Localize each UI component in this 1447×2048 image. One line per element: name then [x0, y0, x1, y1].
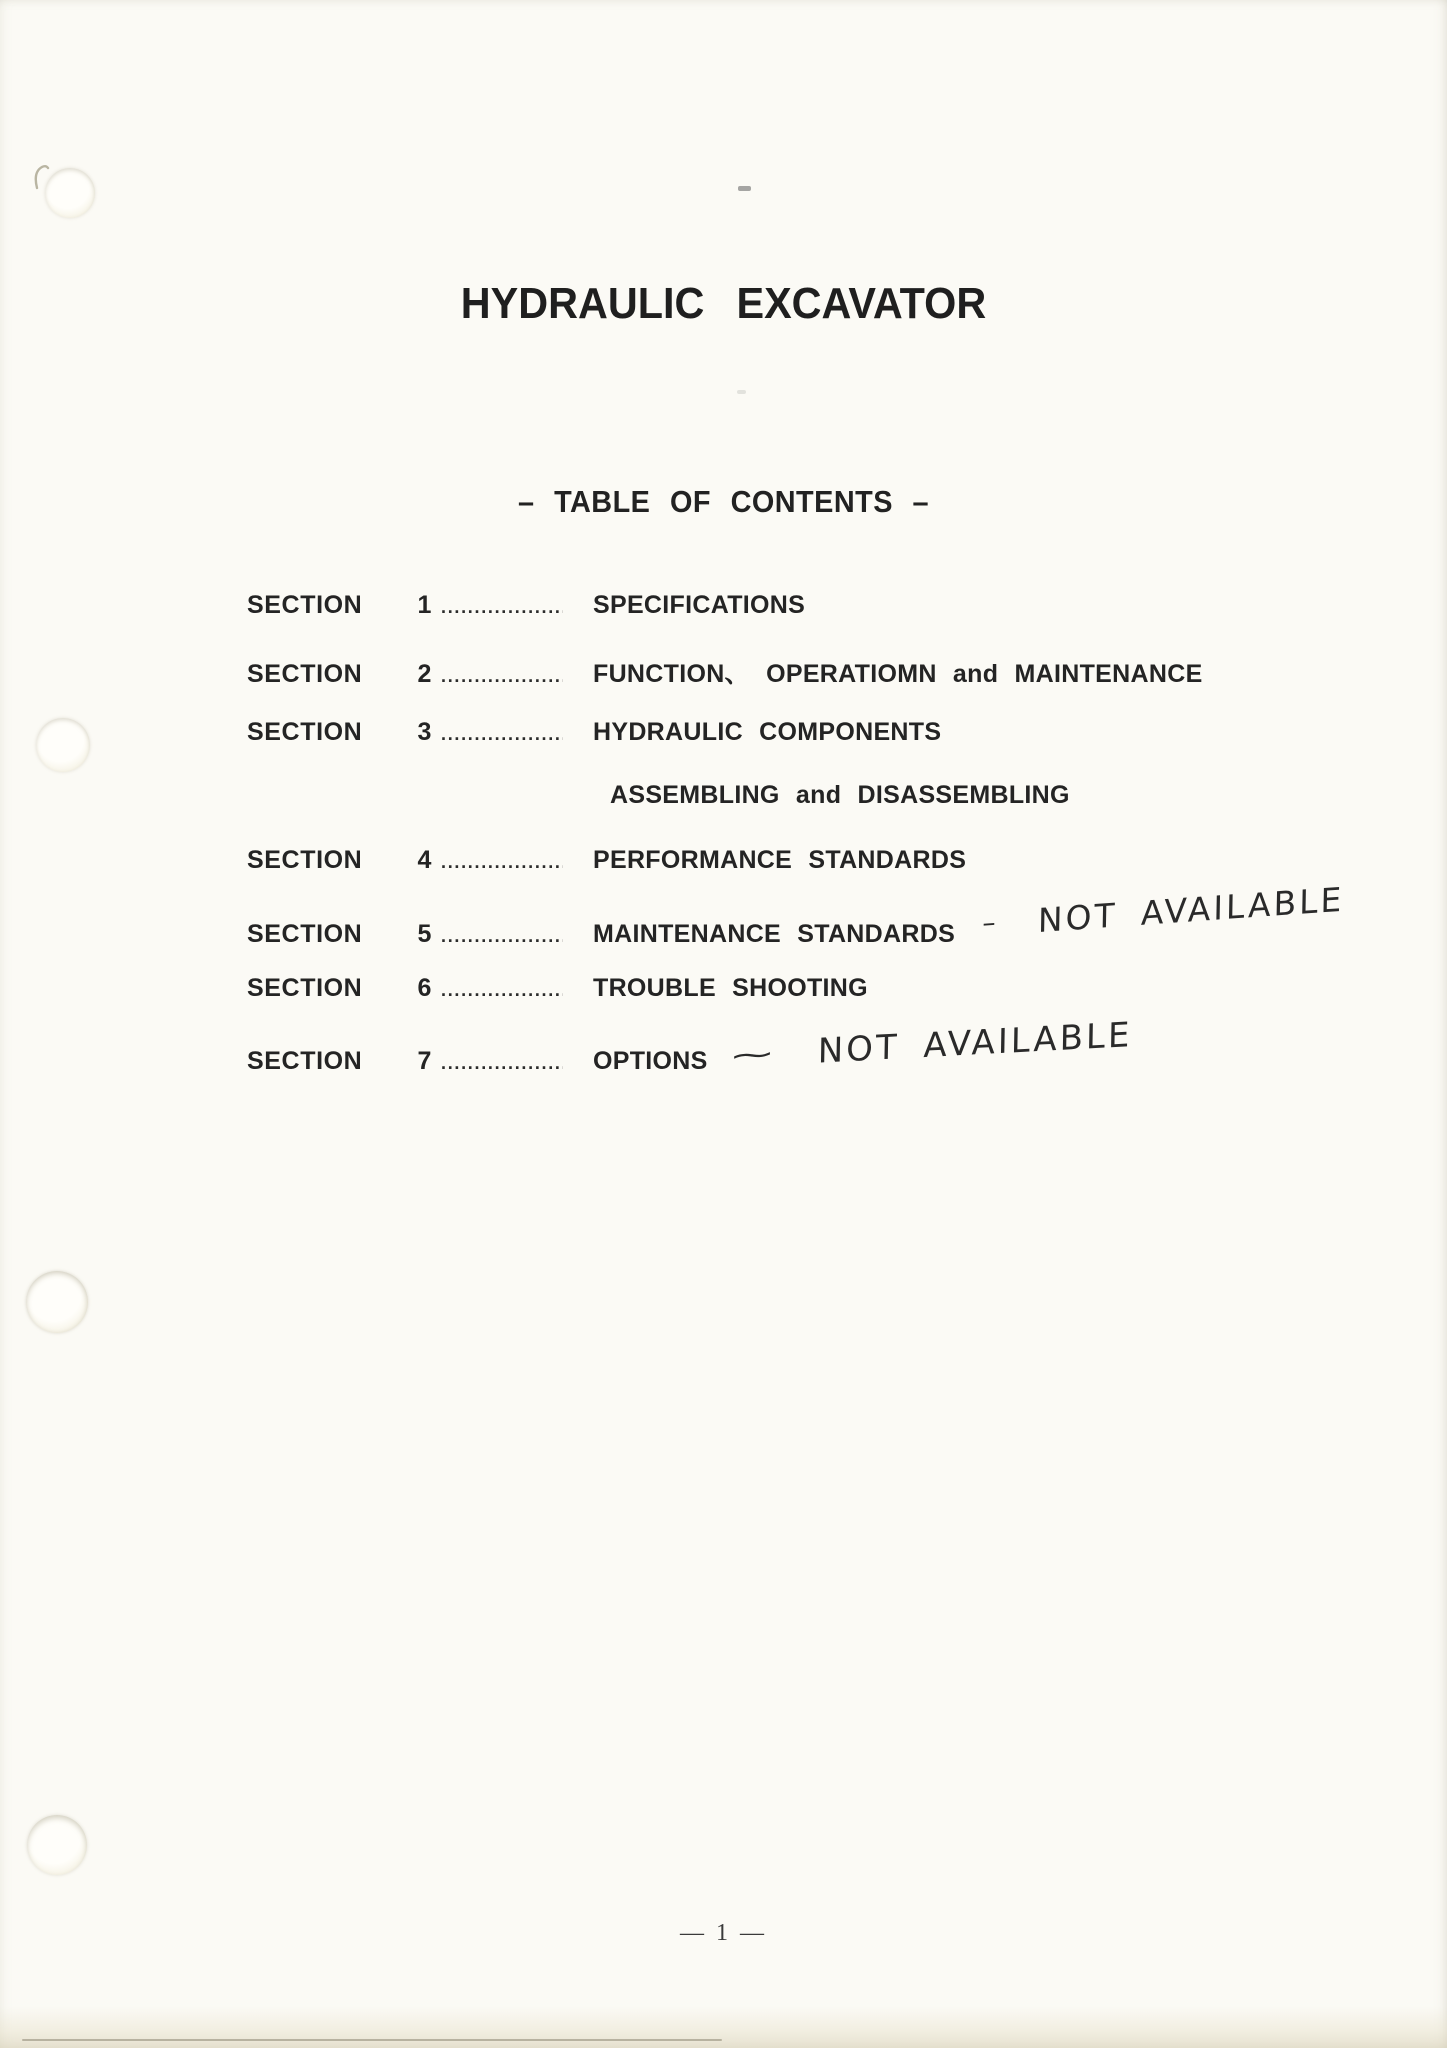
- section-word: SECTION: [247, 1047, 362, 1076]
- toc-row-section-1: SECTION 1 .......................... SPE…: [247, 591, 805, 620]
- section-word: SECTION: [247, 718, 362, 747]
- dotted-leader: ..........................: [441, 597, 563, 618]
- handwritten-annotation: – NOT AVAILABLE: [982, 880, 1345, 944]
- section-title: FUNCTION、 OPERATIOMN and MAINTENANCE: [593, 660, 1203, 688]
- scanned-document-page: HYDRAULIC EXCAVATOR – TABLE OF CONTENTS …: [0, 0, 1447, 2048]
- section-label: SECTION 2: [247, 660, 432, 689]
- dotted-leader: ..........................: [441, 852, 563, 873]
- section-number: 1: [417, 591, 432, 620]
- section-number: 2: [417, 660, 432, 689]
- section-number: 5: [417, 920, 432, 949]
- scan-bottom-edge: [0, 2006, 1447, 2048]
- punch-hole-lower-middle: [26, 1271, 88, 1333]
- dotted-leader: ..........................: [441, 926, 563, 947]
- section-title: MAINTENANCE STANDARDS: [593, 920, 955, 948]
- section-title-group: PERFORMANCE STANDARDS: [593, 846, 966, 875]
- punch-hole-upper-middle: [36, 718, 90, 772]
- section-title: HYDRAULIC COMPONENTS: [593, 718, 941, 746]
- section-word: SECTION: [247, 591, 362, 620]
- section-word: SECTION: [247, 660, 362, 689]
- section-word: SECTION: [247, 920, 362, 949]
- toc-row-section-3: SECTION 3 .......................... HYD…: [247, 718, 941, 747]
- section-label: SECTION 1: [247, 591, 432, 620]
- scan-speck: [738, 186, 751, 191]
- section-title-group: OPTIONS ~ NOT AVAILABLE: [593, 1038, 1133, 1078]
- dotted-leader: ..........................: [441, 1053, 563, 1074]
- toc-list: SECTION 1 .......................... SPE…: [247, 591, 1407, 1131]
- dotted-leader: ..........................: [441, 666, 563, 687]
- dotted-leader: ..........................: [441, 724, 563, 745]
- section-title-group: HYDRAULIC COMPONENTS ASSEMBLING and DISA…: [593, 718, 941, 747]
- scan-speck: [737, 390, 746, 394]
- toc-row-section-6: SECTION 6 .......................... TRO…: [247, 974, 868, 1003]
- pen-flick-mark: [33, 164, 55, 190]
- section-title-group: SPECIFICATIONS: [593, 591, 805, 620]
- section-number: 6: [417, 974, 432, 1003]
- section-number: 7: [417, 1047, 432, 1076]
- section-subtitle: ASSEMBLING and DISASSEMBLING: [610, 781, 1070, 810]
- section-word: SECTION: [247, 846, 362, 875]
- annotation-text: NOT AVAILABLE: [1037, 880, 1344, 941]
- toc-row-section-5: SECTION 5 .......................... MAI…: [247, 911, 1344, 950]
- section-label: SECTION 6: [247, 974, 432, 1003]
- section-title: SPECIFICATIONS: [593, 591, 805, 619]
- section-title-group: MAINTENANCE STANDARDS – NOT AVAILABLE: [593, 911, 1344, 950]
- handwritten-annotation: ~ NOT AVAILABLE: [734, 1015, 1133, 1076]
- section-label: SECTION 4: [247, 846, 432, 875]
- annotation-text: NOT AVAILABLE: [818, 1015, 1133, 1072]
- section-number: 4: [417, 846, 432, 875]
- section-title-group: FUNCTION、 OPERATIOMN and MAINTENANCE: [593, 654, 1203, 690]
- section-title-group: TROUBLE SHOOTING: [593, 974, 868, 1003]
- toc-row-section-7: SECTION 7 .......................... OPT…: [247, 1038, 1133, 1078]
- section-label: SECTION 5: [247, 920, 432, 949]
- scan-edge-line: [22, 2039, 722, 2041]
- section-title: OPTIONS: [593, 1047, 708, 1075]
- dotted-leader: ..........................: [441, 980, 563, 1001]
- section-label: SECTION 7: [247, 1047, 432, 1076]
- toc-heading: – TABLE OF CONTENTS –: [51, 484, 1397, 520]
- toc-row-section-4: SECTION 4 .......................... PER…: [247, 846, 966, 875]
- annotation-dash: ~: [728, 1038, 783, 1072]
- annotation-dash: –: [982, 907, 999, 939]
- page-title: HYDRAULIC EXCAVATOR: [43, 279, 1403, 329]
- section-label: SECTION 3: [247, 718, 432, 747]
- section-number: 3: [417, 718, 432, 747]
- page-number: — 1 —: [0, 1920, 1447, 1947]
- section-word: SECTION: [247, 974, 362, 1003]
- toc-row-section-2: SECTION 2 .......................... FUN…: [247, 654, 1203, 690]
- section-title: TROUBLE SHOOTING: [593, 974, 868, 1002]
- punch-hole-bottom: [27, 1815, 87, 1875]
- section-title: PERFORMANCE STANDARDS: [593, 846, 966, 874]
